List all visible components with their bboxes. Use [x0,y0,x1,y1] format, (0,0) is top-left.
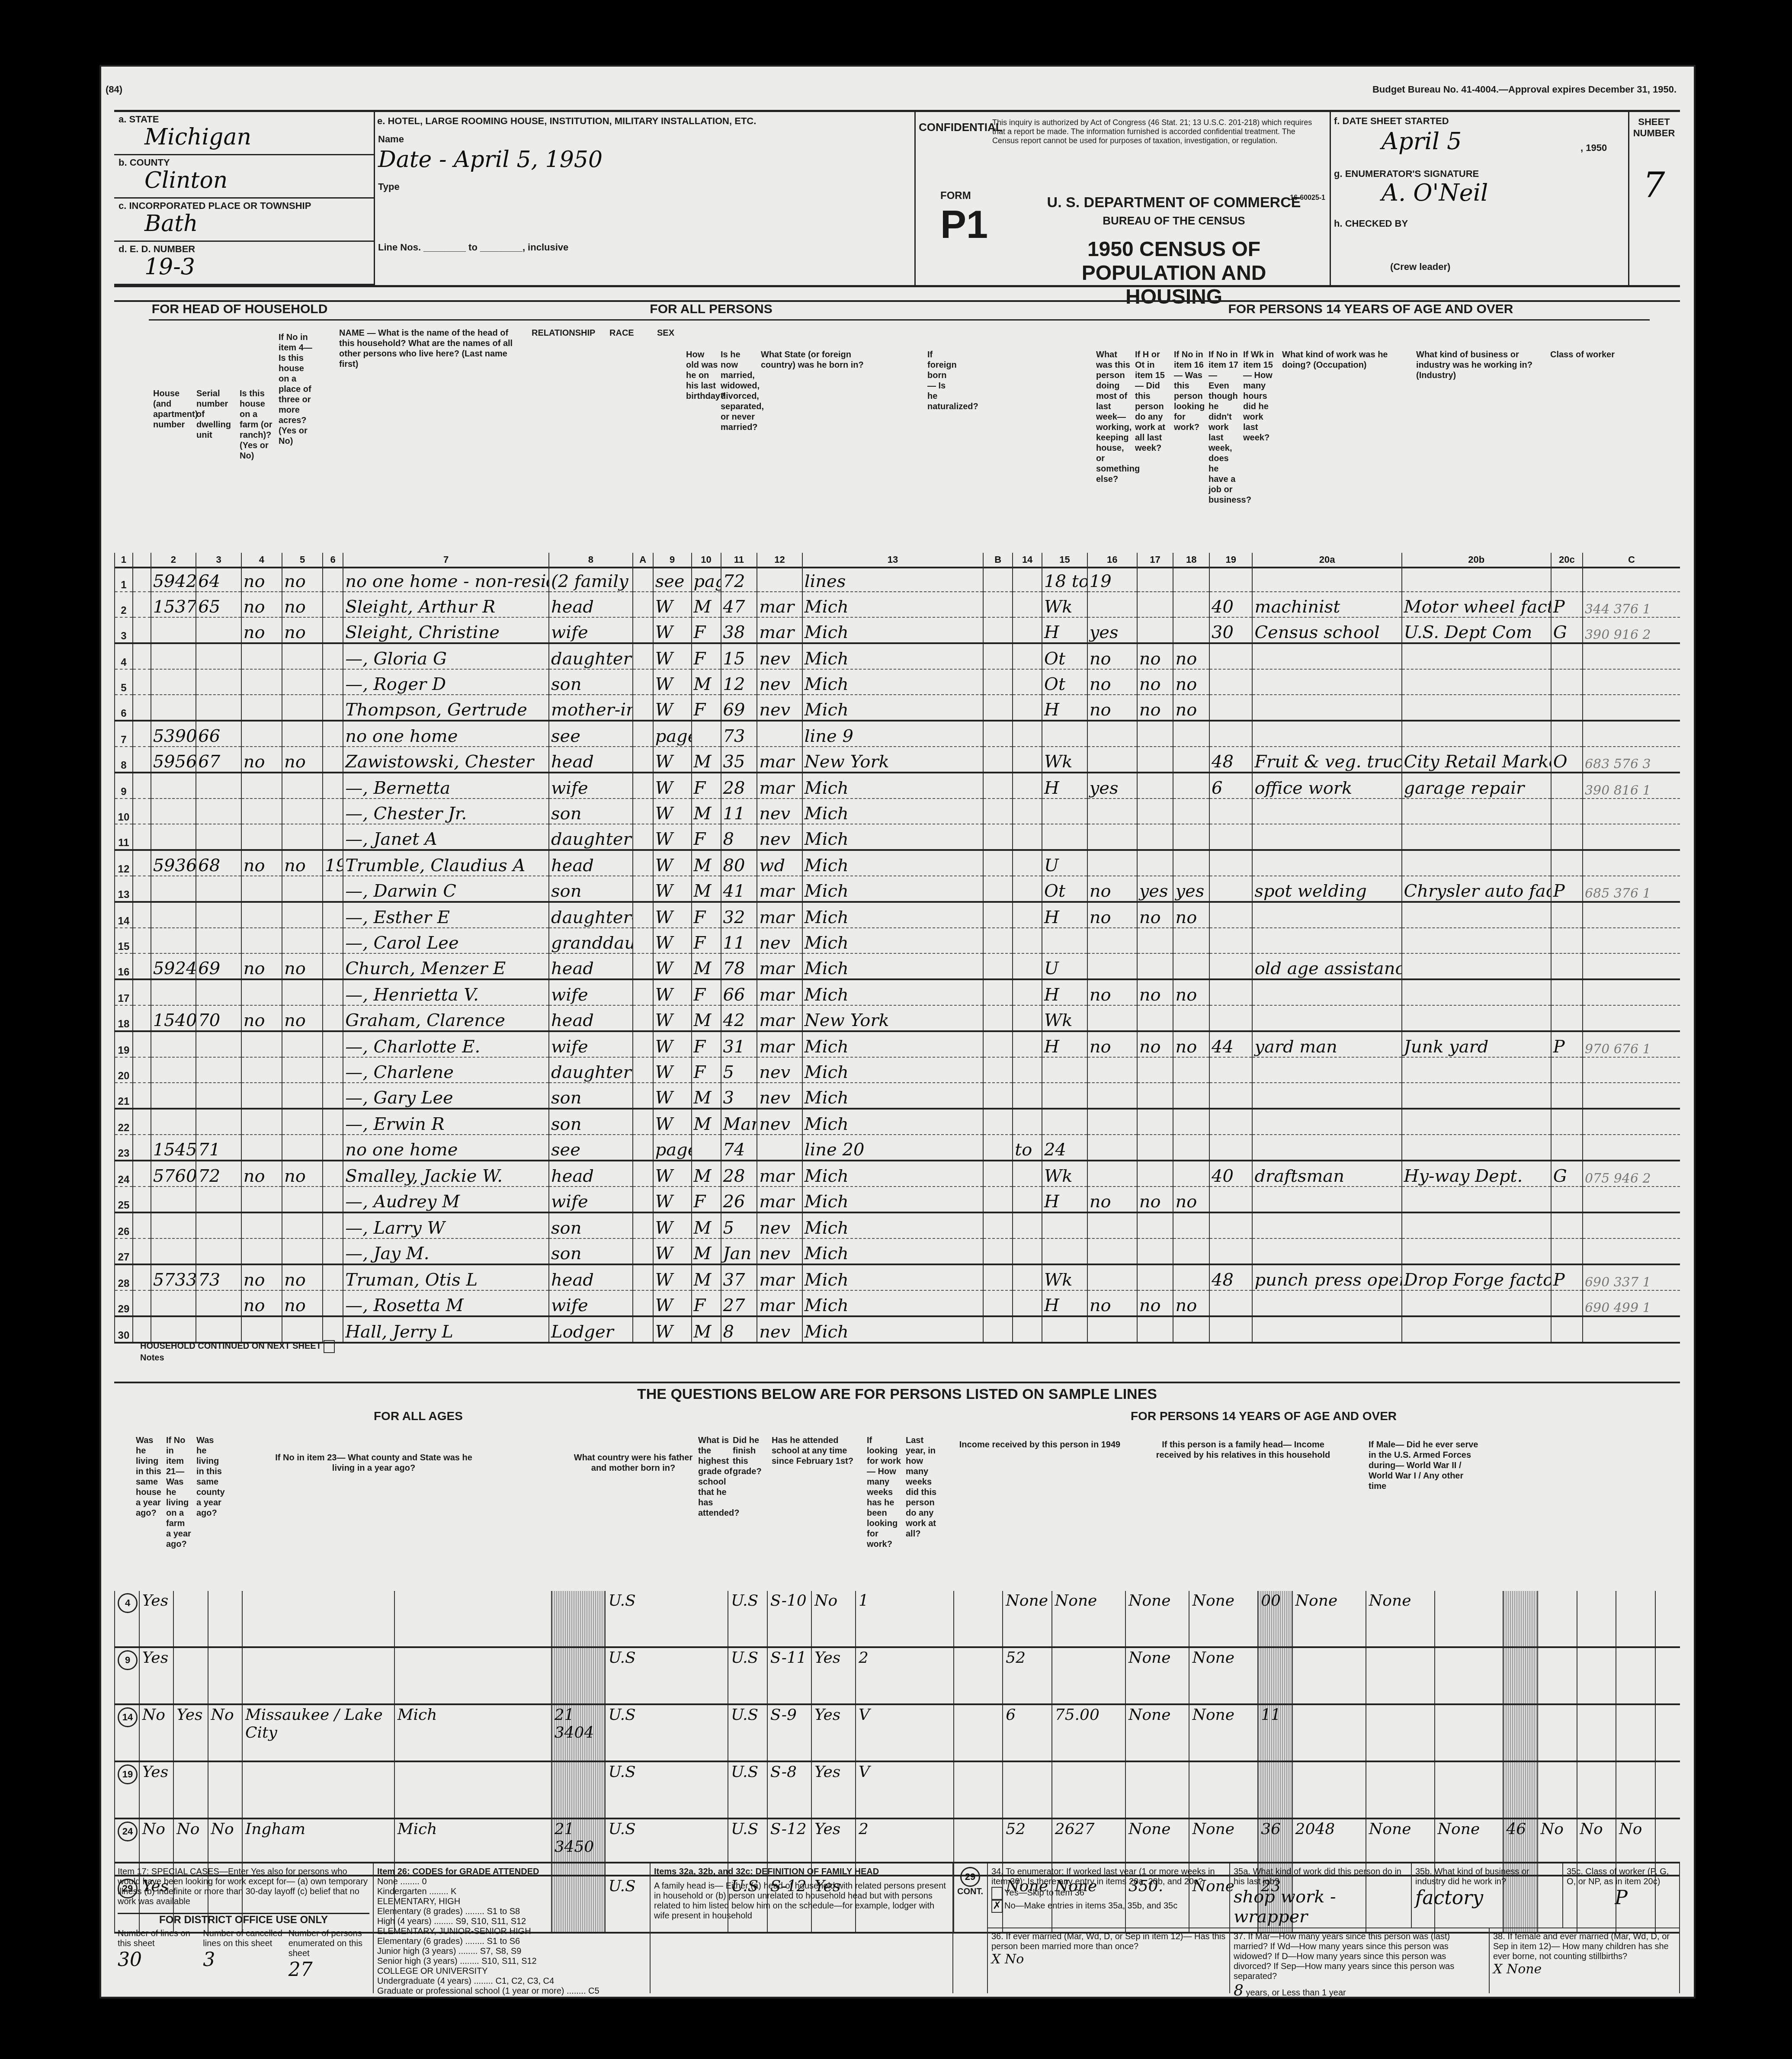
column-numbers-row: 1 2 3 4 5 6 7 8 A 9 10 11 12 13 B 14 15 … [115,553,1680,568]
cell-age: 5 [721,1212,757,1238]
sample-line-marker: 9 [118,1650,138,1670]
cell-birthplace: New York [802,1005,983,1031]
cell-line: 24 [115,1161,133,1187]
sample-cell-q29[interactable] [954,1591,1003,1647]
cell-activity: H [1042,1290,1087,1316]
cell-age: 5 [721,1057,757,1083]
cell-A [633,567,653,592]
cell-farm [241,1238,282,1264]
sample-cell-q33b[interactable] [1577,1761,1616,1818]
sample-cell-county[interactable]: Missaukee / Lake City [242,1704,394,1761]
colnum: 20b [1402,553,1551,568]
cell-rel: daughter-in-law [549,902,633,928]
cell-hours [1209,1109,1252,1135]
sample-cell-q32c[interactable] [1435,1704,1503,1761]
cell-agri [323,1109,343,1135]
cell-A [633,1005,653,1031]
cell-street [133,850,151,876]
cell-acres: no [282,592,323,617]
cell-acres: no [282,1290,323,1316]
sample-cell-q31c[interactable]: None [1189,1591,1258,1647]
header-occupation: What kind of work was he doing? (Occupat… [1282,350,1412,370]
sample-cell-q33a[interactable] [1538,1704,1577,1761]
sample-header-q32: If this person is a family head— Income … [1152,1440,1334,1460]
sample-cell-q22[interactable] [173,1591,208,1647]
sample-cell-state[interactable] [394,1761,551,1818]
cell-occupation [1252,850,1401,876]
cell-industry [1402,799,1551,824]
sample-cell-state[interactable]: Mich [394,1704,551,1761]
cell-industry [1402,824,1551,850]
cell-birthplace: Mich [802,928,983,953]
cell-marital: mar [757,747,802,773]
cell-sex: F [692,902,721,928]
sample-cell-q33c[interactable] [1616,1761,1655,1818]
sample-cell-mother[interactable]: U.S [728,1761,767,1818]
cell-looking: no [1137,1031,1173,1057]
cell-age: 27 [721,1290,757,1316]
sample-cell-q23[interactable] [208,1647,242,1704]
sample-cell-q32c[interactable] [1435,1591,1503,1647]
cell-street [133,1031,151,1057]
cell-rel: daughter [549,1057,633,1083]
cell-job: yes [1173,876,1209,902]
cell-class [1551,643,1583,669]
sample-cell-q32c[interactable] [1435,1761,1503,1818]
cell-name: —, Bernetta [343,773,549,799]
cell-worked [1087,1264,1137,1290]
sample-cell-q33c[interactable] [1616,1591,1655,1647]
sample-cell-q33a[interactable] [1538,1647,1577,1704]
cell-acres [282,928,323,953]
header-serial: Serial number of dwelling unit [196,388,235,440]
cell-industry [1402,850,1551,876]
cell-worked [1087,799,1137,824]
grade-code-item: None ........ 0 [377,1877,646,1887]
cell-house [151,1109,196,1135]
cell-looking [1137,1264,1173,1290]
sample-cell-q30[interactable]: 52 [1003,1647,1051,1704]
cell-B [983,592,1013,617]
sample-cell-father[interactable]: U.S [605,1591,728,1647]
cell-occupation: draftsman [1252,1161,1401,1187]
cell-naturalized [1013,721,1042,747]
header-birthplace: What State (or foreign country) was he b… [761,350,886,370]
sample-cell-q31b[interactable]: None [1125,1704,1189,1761]
q34-no[interactable]: ✗No—Make entries in items 35a, 35b, and … [991,1900,1226,1913]
cell-activity: Wk [1042,1161,1087,1187]
cell-job [1173,721,1209,747]
cell-industry [1402,928,1551,953]
table-row: 9—, BernettawifeWF28marMichHyes6office w… [115,773,1680,799]
cell-name: no one home [343,721,549,747]
cell-marital: mar [757,1187,802,1212]
cell-agri [323,1264,343,1290]
cell-B [983,1290,1013,1316]
cell-marital: mar [757,1161,802,1187]
cell-job: no [1173,1290,1209,1316]
sample-cell-q30[interactable]: 6 [1003,1704,1051,1761]
cell-street [133,1187,151,1212]
cell-marital: nev [757,1316,802,1343]
cell-marital: mar [757,876,802,902]
cell-farm [241,824,282,850]
sample-cell-q31b[interactable]: None [1125,1647,1189,1704]
sample-cell-q28[interactable]: 2 [856,1647,954,1704]
sample-cell-H[interactable] [1655,1761,1680,1818]
sample-cell-q33a[interactable] [1538,1591,1577,1647]
sample-cell-q22[interactable] [173,1761,208,1818]
cell-age: 47 [721,592,757,617]
sample-cell-county[interactable] [242,1647,394,1704]
cell-B [983,721,1013,747]
sample-cell-q33b[interactable] [1577,1591,1616,1647]
sample-header-q30: Last year, in how many weeks did this pe… [906,1435,940,1539]
cell-birthplace: Mich [802,1057,983,1083]
sample-cell-q30[interactable]: None [1003,1591,1051,1647]
sample-header-q25: What country were his father and mother … [568,1453,698,1473]
sample-cell-q31c[interactable]: None [1189,1647,1258,1704]
header-relationship: RELATIONSHIP [532,328,605,338]
sample-cell-q28[interactable]: 1 [856,1591,954,1647]
cell-age: 73 [721,721,757,747]
cell-name: —, Janet A [343,824,549,850]
cell-class [1551,1057,1583,1083]
cell-line: 4 [115,643,133,669]
colnum: 10 [692,553,721,568]
cell-birthplace: Mich [802,643,983,669]
cell-agri [323,1005,343,1031]
cell-A [633,850,653,876]
cell-race: W [653,1290,692,1316]
sample-cell-grade[interactable]: S-8 [767,1761,811,1818]
cell-line: 8 [115,747,133,773]
lines-label: Number of lines on this sheet [118,1929,199,1949]
header-activity: What was this person doing most of last … [1096,350,1131,484]
sample-header-q23: Was he living in this same county a year… [196,1435,222,1518]
cell-acres: no [282,617,323,643]
sample-cell-g [1503,1704,1537,1761]
question-34: 34. To enumerator: If worked last year (… [988,1863,1230,1928]
cell-rel: head [549,592,633,617]
cell-age: 8 [721,824,757,850]
cell-looking [1137,1161,1173,1187]
cell-code: 970 676 1 [1583,1031,1680,1057]
sample-cell-q29[interactable] [954,1761,1003,1818]
sample-cell-q32a[interactable] [1292,1647,1366,1704]
cell-race: W [653,1109,692,1135]
sample-cell-q29[interactable] [954,1647,1003,1704]
sample-cell-father[interactable]: U.S [605,1704,728,1761]
cell-activity: Wk [1042,1005,1087,1031]
header-naturalized: If foreign born— Is he naturalized? [927,350,953,412]
cell-age: 37 [721,1264,757,1290]
cell-worked [1087,1005,1137,1031]
cell-looking [1137,1083,1173,1109]
cell-occupation [1252,1109,1401,1135]
cell-acres: no [282,1161,323,1187]
sample-cell-q23[interactable]: No [208,1704,242,1761]
cell-marital: mar [757,617,802,643]
cell-birthplace: Mich [802,1083,983,1109]
cell-rel: son [549,1083,633,1109]
cell-acres [282,1187,323,1212]
colnum: 7 [343,553,549,568]
enumerated-value: 27 [289,1959,369,1981]
sample-cell-finished[interactable]: Yes [811,1647,856,1704]
cell-job [1173,799,1209,824]
cell-line: 21 [115,1083,133,1109]
sample-over-14: FOR PERSONS 14 YEARS OF AGE AND OVER [1131,1409,1397,1423]
sample-cell-state[interactable] [394,1591,551,1647]
cell-job [1173,567,1209,592]
table-row: 27—, Jay M.sonWMJannevMich [115,1238,1680,1264]
cell-looking [1137,747,1173,773]
cell-acres [282,1316,323,1343]
cell-house [151,876,196,902]
sample-cell-q33b[interactable] [1577,1647,1616,1704]
cell-agri [323,617,343,643]
cell-line: 5 [115,669,133,695]
sample-cell-H[interactable] [1655,1591,1680,1647]
sample-cell-q31a[interactable] [1052,1647,1125,1704]
sample-row: 14NoYesNoMissaukee / Lake CityMich21 340… [115,1704,1680,1761]
cell-industry [1402,953,1551,979]
sample-cell-q32a[interactable] [1292,1704,1366,1761]
sample-cell-q21[interactable]: No [139,1704,173,1761]
q34-yes-checkbox[interactable] [991,1887,1003,1900]
sample-cell-q32a[interactable] [1292,1761,1366,1818]
sample-cell-county[interactable] [242,1591,394,1647]
cell-industry: Drop Forge factory [1402,1264,1551,1290]
cell-serial [196,617,241,643]
sample-cell-q21[interactable]: Yes [139,1591,173,1647]
hotel-block: e. HOTEL, LARGE ROOMING HOUSE, INSTITUTI… [374,112,916,285]
cell-worked: 19 [1087,567,1137,592]
cell-rel: see [549,721,633,747]
cell-rel: head [549,953,633,979]
date-started-value: April 5 [1382,128,1462,155]
cell-naturalized [1013,850,1042,876]
cell-activity: Ot [1042,669,1087,695]
cell-class [1551,1083,1583,1109]
sample-title: THE QUESTIONS BELOW ARE FOR PERSONS LIST… [114,1383,1680,1405]
table-row: 231545971no one homeseepage74line 20to24 [115,1135,1680,1161]
grade-code-item: Elementary (8 grades) ........ S1 to S8 [377,1907,646,1917]
sample-cell-grade[interactable]: S-11 [767,1647,811,1704]
cell-sex: M [692,669,721,695]
sample-line-marker: 14 [118,1707,138,1727]
cell-race: W [653,592,692,617]
cell-farm: no [241,1005,282,1031]
sample-cell-f: 11 [1258,1704,1292,1761]
cell-rel: son [549,876,633,902]
grade-codes-title: Item 26: CODES for GRADE ATTENDED [377,1867,646,1877]
cell-worked: no [1087,1031,1137,1057]
sample-cell-q33c[interactable] [1616,1647,1655,1704]
sample-cell-q31a[interactable] [1052,1761,1125,1818]
cell-sex: F [692,928,721,953]
cell-line: 12 [115,850,133,876]
sample-cell-mother[interactable]: U.S [728,1591,767,1647]
cell-farm: no [241,850,282,876]
header-looking: If No in item 16— Was this person lookin… [1174,350,1204,433]
sample-cell-q32b[interactable] [1366,1761,1435,1818]
sample-cell-d [551,1761,606,1818]
sample-cell-q33c[interactable] [1616,1704,1655,1761]
cell-name: Sleight, Christine [343,617,549,643]
cell-acres: no [282,567,323,592]
cell-serial [196,1083,241,1109]
cell-street [133,721,151,747]
cell-code [1583,799,1680,824]
sample-cell-q30[interactable] [1003,1761,1051,1818]
sample-cell-q29[interactable] [954,1704,1003,1761]
date-year: , 1950 [1580,142,1607,154]
cell-worked [1087,1316,1137,1343]
sample-cell-q22[interactable]: Yes [173,1704,208,1761]
cell-hours [1209,1238,1252,1264]
cell-occupation: machinist [1252,592,1401,617]
cell-class [1551,850,1583,876]
cell-street [133,669,151,695]
sample-cell-q31b[interactable] [1125,1761,1189,1818]
sample-cell-d: 21 3404 [551,1704,606,1761]
cell-job [1173,850,1209,876]
sample-cell-H[interactable] [1655,1647,1680,1704]
sample-cell-county[interactable] [242,1761,394,1818]
cell-sex: M [692,1238,721,1264]
sample-cell-q31c[interactable]: None [1189,1704,1258,1761]
cell-activity [1042,824,1087,850]
cell-rel: wife [549,1290,633,1316]
sample-cell-q32a[interactable]: None [1292,1591,1366,1647]
sample-cell-q32b[interactable] [1366,1647,1435,1704]
cell-race: W [653,902,692,928]
cell-age: 80 [721,850,757,876]
cell-rel: son [549,1212,633,1238]
cell-class [1551,1212,1583,1238]
sample-cell-grade[interactable]: S-10 [767,1591,811,1647]
cell-street [133,1109,151,1135]
q35c-answer: P [1567,1887,1676,1909]
cell-B [983,799,1013,824]
sample-cell-q21[interactable]: Yes [139,1647,173,1704]
cell-code: 344 376 1 [1583,592,1680,617]
cell-farm [241,876,282,902]
cell-hours: 40 [1209,592,1252,617]
table-row: 30Hall, Jerry LLodgerWM8nevMich [115,1316,1680,1343]
cell-marital: nev [757,669,802,695]
cell-class [1551,669,1583,695]
sample-cell-q28[interactable]: V [856,1761,954,1818]
cell-activity: H [1042,617,1087,643]
sample-cell-line: 4 [115,1591,139,1647]
cell-line: 17 [115,979,133,1005]
colnum: 19 [1209,553,1252,568]
sample-cell-grade[interactable]: S-9 [767,1704,811,1761]
sample-cell-q33a[interactable] [1538,1761,1577,1818]
sample-cell-q31a[interactable]: 75.00 [1052,1704,1125,1761]
cell-house: 5956 [151,747,196,773]
sample-cell-q23[interactable] [208,1761,242,1818]
cell-industry: Hy-way Dept. [1402,1161,1551,1187]
cell-age: 32 [721,902,757,928]
q34-yes[interactable]: Yes—Skip to item 36 [991,1887,1226,1900]
sample-cell-q21[interactable]: Yes [139,1761,173,1818]
cell-agri [323,1031,343,1057]
cell-house: 5733 [151,1264,196,1290]
cell-naturalized [1013,1264,1042,1290]
sample-cell-mother[interactable]: U.S [728,1704,767,1761]
cell-naturalized [1013,1187,1042,1212]
sample-cell-father[interactable]: U.S [605,1647,728,1704]
cell-B [983,928,1013,953]
cell-line: 16 [115,953,133,979]
cell-age: 42 [721,1005,757,1031]
cell-rel: see [549,1135,633,1161]
cell-industry: City Retail Market [1402,747,1551,773]
cell-occupation [1252,799,1401,824]
sample-cell-q28[interactable]: V [856,1704,954,1761]
cell-industry [1402,1316,1551,1343]
department-title: U. S. DEPARTMENT OF COMMERCE [1044,194,1304,211]
sample-cell-q31c[interactable] [1189,1761,1258,1818]
sample-cell-q31a[interactable]: None [1052,1591,1125,1647]
sample-cell-line: 14 [115,1704,139,1761]
sample-cell-finished[interactable]: Yes [811,1761,856,1818]
cell-B [983,979,1013,1005]
sample-cell-q32b[interactable] [1366,1704,1435,1761]
sample-cell-q23[interactable] [208,1591,242,1647]
lines-value: 30 [118,1949,199,1971]
sheet-number-block: SHEET NUMBER 7 [1628,112,1680,285]
cell-agri [323,1057,343,1083]
cell-B [983,1057,1013,1083]
household-continued-text: HOUSEHOLD CONTINUED ON NEXT SHEET [140,1341,321,1351]
cell-code [1583,669,1680,695]
cell-industry [1402,643,1551,669]
sample-cell-q32c[interactable] [1435,1647,1503,1704]
sample-cell-finished[interactable]: Yes [811,1704,856,1761]
sample-cell-q33b[interactable] [1577,1704,1616,1761]
cell-acres: no [282,747,323,773]
cell-serial [196,669,241,695]
cell-looking [1137,824,1173,850]
sample-cell-father[interactable]: U.S [605,1761,728,1818]
sample-cell-finished[interactable]: No [811,1591,856,1647]
cell-sex: F [692,643,721,669]
notes-label: Notes [140,1353,164,1363]
sample-cell-mother[interactable]: U.S [728,1647,767,1704]
cell-age: 74 [721,1135,757,1161]
sample-cell-q31b[interactable]: None [1125,1591,1189,1647]
household-continued-checkbox[interactable] [324,1340,335,1353]
q36-answer: X No [991,1952,1226,1967]
sample-cell-H[interactable] [1655,1704,1680,1761]
item17-special-cases: Item 17: SPECIAL CASES—Enter Yes also fo… [114,1863,374,1993]
sample-header-q21: Was he living in this same house a year … [136,1435,162,1518]
q34-no-checkbox[interactable]: ✗ [991,1900,1003,1913]
q36-text: 36. If ever married (Mar, Wd, D, or Sep … [991,1932,1226,1952]
cell-hours [1209,721,1252,747]
sample-cell-q32b[interactable]: None [1366,1591,1435,1647]
sample-cell-state[interactable] [394,1647,551,1704]
cell-serial: 67 [196,747,241,773]
cell-farm [241,1212,282,1238]
sample-cell-q22[interactable] [173,1647,208,1704]
cell-agri [323,695,343,721]
